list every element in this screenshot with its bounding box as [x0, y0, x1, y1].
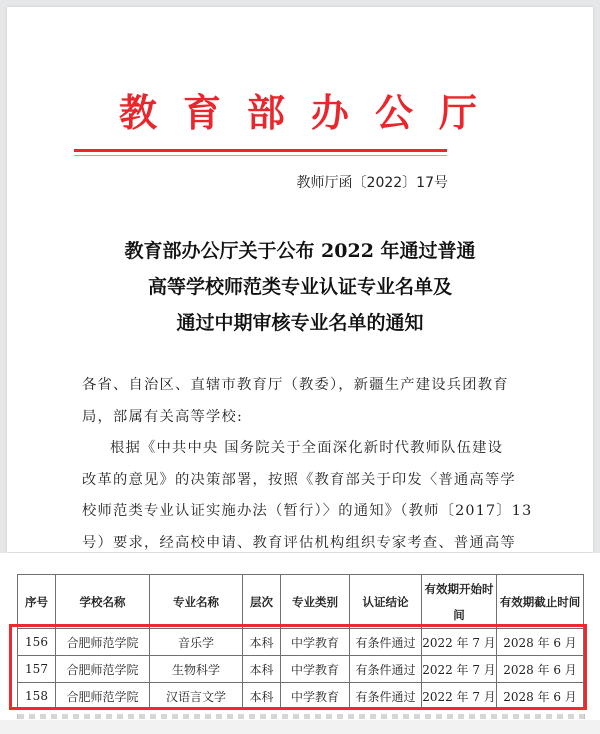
body-line: 根据《中共中央 国务院关于全面深化新时代教师队伍建设	[82, 433, 522, 465]
header-seq: 序号	[18, 575, 56, 629]
cell-valid-end: 2028 年 6 月	[497, 656, 584, 683]
notice-title-line: 教育部办公厅关于公布 2022 年通过普通	[0, 233, 600, 269]
table-row: 158 合肥师范学院 汉语言文学 本科 中学教育 有条件通过 2022 年 7 …	[18, 683, 584, 710]
cell-valid-end: 2028 年 6 月	[497, 683, 584, 710]
table-row: 157 合肥师范学院 生物科学 本科 中学教育 有条件通过 2022 年 7 月…	[18, 656, 584, 683]
header-school: 学校名称	[56, 575, 150, 629]
body-line: 各省、自治区、直辖市教育厅（教委），新疆生产建设兵团教育	[82, 370, 522, 402]
header-level: 层次	[243, 575, 281, 629]
cell-seq: 158	[18, 683, 56, 710]
bottom-frame	[0, 720, 600, 734]
cell-seq: 156	[18, 629, 56, 656]
notice-body: 各省、自治区、直辖市教育厅（教委），新疆生产建设兵团教育 局，部属有关高等学校:…	[82, 370, 522, 559]
table-header-row: 序号 学校名称 专业名称 层次 专业类别 认证结论 有效期开始时间 有效期截止时…	[18, 575, 584, 629]
cell-school: 合肥师范学院	[56, 683, 150, 710]
cell-major: 生物科学	[150, 656, 243, 683]
cell-valid-start: 2022 年 7 月	[422, 683, 497, 710]
certified-majors-table-excerpt: 序号 学校名称 专业名称 层次 专业类别 认证结论 有效期开始时间 有效期截止时…	[0, 553, 600, 734]
cell-level: 本科	[243, 683, 281, 710]
issuing-organization-title: 教育部办公厅	[0, 93, 600, 133]
notice-title-line: 高等学校师范类专业认证专业名单及	[0, 269, 600, 305]
body-line: 局，部属有关高等学校:	[82, 402, 522, 434]
cell-category: 中学教育	[281, 656, 350, 683]
notice-title-line: 通过中期审核专业名单的通知	[0, 305, 600, 341]
red-header-rule	[74, 149, 447, 156]
header-major: 专业名称	[150, 575, 243, 629]
cell-level: 本科	[243, 656, 281, 683]
cell-conclusion: 有条件通过	[350, 629, 422, 656]
cell-level: 本科	[243, 629, 281, 656]
cell-major: 音乐学	[150, 629, 243, 656]
document-number: 教师厅函〔2022〕17号	[297, 172, 448, 192]
body-line: 校师范类专业认证实施办法（暂行）〉的通知》（教师〔2017〕13	[82, 496, 522, 528]
cell-category: 中学教育	[281, 629, 350, 656]
cell-major: 汉语言文学	[150, 683, 243, 710]
notice-title: 教育部办公厅关于公布 2022 年通过普通 高等学校师范类专业认证专业名单及 通…	[0, 233, 600, 341]
table-row: 156 合肥师范学院 音乐学 本科 中学教育 有条件通过 2022 年 7 月 …	[18, 629, 584, 656]
header-category: 专业类别	[281, 575, 350, 629]
header-valid-start: 有效期开始时间	[422, 575, 497, 629]
cell-valid-start: 2022 年 7 月	[422, 629, 497, 656]
body-line: 改革的意见》的决策部署，按照《教育部关于印发〈普通高等学	[82, 465, 522, 497]
certified-majors-table: 序号 学校名称 专业名称 层次 专业类别 认证结论 有效期开始时间 有效期截止时…	[17, 574, 584, 710]
cell-category: 中学教育	[281, 683, 350, 710]
cell-seq: 157	[18, 656, 56, 683]
cell-school: 合肥师范学院	[56, 656, 150, 683]
truncated-next-row	[17, 714, 585, 719]
header-conclusion: 认证结论	[350, 575, 422, 629]
cell-conclusion: 有条件通过	[350, 683, 422, 710]
header-valid-end: 有效期截止时间	[497, 575, 584, 629]
cell-valid-end: 2028 年 6 月	[497, 629, 584, 656]
cell-school: 合肥师范学院	[56, 629, 150, 656]
cell-valid-start: 2022 年 7 月	[422, 656, 497, 683]
cell-conclusion: 有条件通过	[350, 656, 422, 683]
